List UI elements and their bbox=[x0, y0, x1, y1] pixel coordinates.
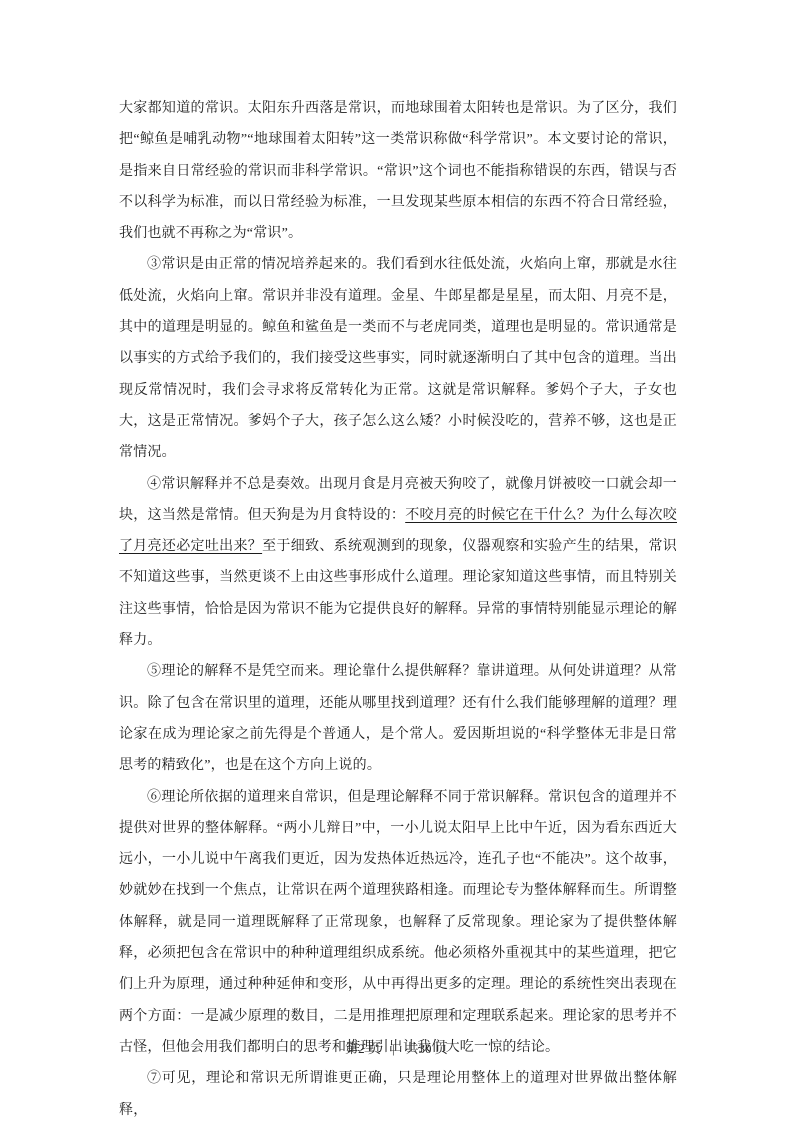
page-number-label: 第2 页 bbox=[345, 1041, 381, 1056]
page-footer: 第2 页|共30 页 bbox=[0, 1038, 793, 1057]
document-page: 大家都知道的常识。太阳东升西落是常识，而地球围着太阳转也是常识。为了区分，我们把… bbox=[0, 0, 793, 1122]
footer-separator: | bbox=[392, 1041, 395, 1057]
paragraph-5: ⑤理论的解释不是凭空而来。理论靠什么提供解释？靠讲道理。从何处讲道理？从常识。除… bbox=[119, 656, 677, 781]
paragraph-4-post: 至于细致、系统观测到的现象，仪器观察和实验产生的结果，常识不知道这些事，当然更谈… bbox=[119, 539, 677, 648]
paragraph-2-continuation: 大家都知道的常识。太阳东升西落是常识，而地球围着太阳转也是常识。为了区分，我们把… bbox=[119, 93, 677, 249]
paragraph-7: ⑦可见，理论和常识无所谓谁更正确，只是理论用整体上的道理对世界做出整体解释， bbox=[119, 1063, 677, 1122]
paragraph-4: ④常识解释并不总是奏效。出现月食是月亮被天狗咬了，就像月饼被咬一口就会却一块，这… bbox=[119, 469, 677, 657]
paragraph-6: ⑥理论所依据的道理来自常识，但是理论解释不同于常识解释。常识包含的道理并不提供对… bbox=[119, 782, 677, 1064]
total-pages-label: 共30 页 bbox=[406, 1041, 448, 1056]
paragraph-3: ③常识是由正常的情况培养起来的。我们看到水往低处流，火焰向上窜，那就是水往低处流… bbox=[119, 249, 677, 468]
reading-passage: 大家都知道的常识。太阳东升西落是常识，而地球围着太阳转也是常识。为了区分，我们把… bbox=[119, 93, 677, 1122]
